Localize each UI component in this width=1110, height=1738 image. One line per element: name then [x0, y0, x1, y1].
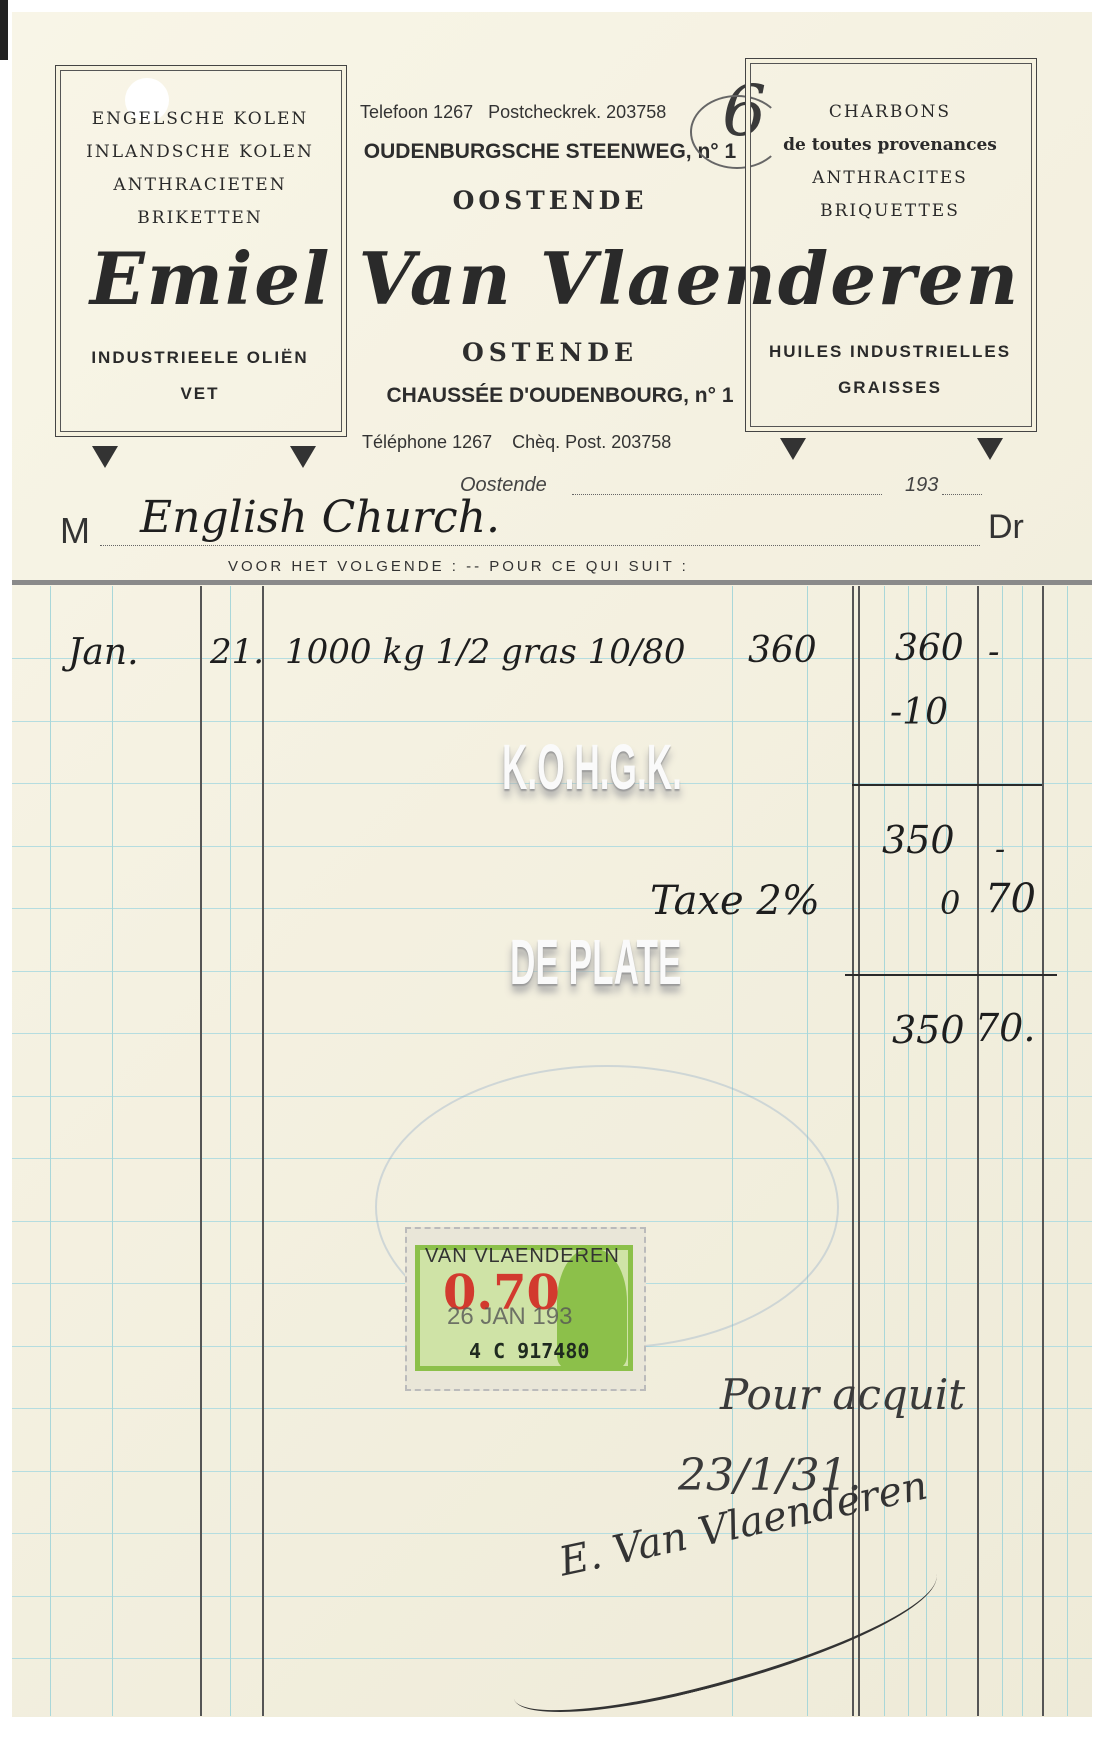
- phone-number: Téléphone 1267: [362, 432, 492, 452]
- product-line: BRIKETTEN: [60, 202, 340, 235]
- ledger-row-description: Taxe 2%: [650, 878, 820, 924]
- ledger-total-cents: 70.: [975, 1006, 1035, 1050]
- product-line: CHARBONS: [750, 96, 1030, 129]
- product-line: HUILES INDUSTRIELLES: [750, 334, 1030, 370]
- ledger-row-cents: 70: [985, 876, 1036, 922]
- triangle-ornament: [780, 438, 806, 460]
- watermark-line1: K.O.H.G.K.: [502, 730, 682, 804]
- debit-label: Dr: [988, 508, 1024, 547]
- total-rule: [845, 974, 1057, 976]
- watermark-line2: DE PLATE: [510, 925, 681, 999]
- product-line: INLANDSCHE KOLEN: [60, 136, 340, 169]
- receipt-text: Pour acquit: [720, 1370, 965, 1419]
- addressee-name: English Church.: [140, 492, 500, 543]
- right-box-products: CHARBONS de toutes provenances ANTHRACIT…: [750, 96, 1030, 228]
- triangle-ornament: [977, 438, 1003, 460]
- stamp-cancel-date: 26 JAN 193: [447, 1303, 572, 1331]
- phone-number: Telefoon 1267: [360, 102, 473, 122]
- left-box-products: ENGELSCHE KOLEN INLANDSCHE KOLEN ANTHRAC…: [60, 103, 340, 235]
- triangle-ornament: [92, 446, 118, 468]
- ledger-row-month: Jan.: [68, 632, 139, 673]
- scan-edge: [0, 0, 8, 60]
- ledger-total-francs: 350: [892, 1008, 965, 1052]
- city-fr: OSTENDE: [340, 338, 760, 367]
- city-nl: OOSTENDE: [340, 186, 760, 215]
- center-contact-bottom: Téléphone 1267 Chèq. Post. 203758: [362, 432, 762, 453]
- product-line: ENGELSCHE KOLEN: [60, 103, 340, 136]
- addressee-prefix: M: [60, 510, 90, 552]
- right-box-oils: HUILES INDUSTRIELLES GRAISSES: [750, 334, 1030, 406]
- ledger-row-francs: 350: [882, 818, 955, 862]
- ledger-row-cents: -: [988, 632, 1000, 672]
- postcheck-number: Chèq. Post. 203758: [512, 432, 671, 452]
- left-box-oils: INDUSTRIEELE OLIËN VET: [60, 340, 340, 412]
- ledger-row-unit-price: 360: [748, 630, 817, 671]
- product-line: INDUSTRIEELE OLIËN: [60, 340, 340, 376]
- ledger-row-cents: -: [995, 832, 1005, 867]
- product-line: ANTHRACIETEN: [60, 169, 340, 202]
- product-line: BRIQUETTES: [750, 195, 1030, 228]
- addressee-dotted-line: [100, 545, 980, 546]
- year-dotted-line: [942, 494, 982, 495]
- triangle-ornament: [290, 446, 316, 468]
- revenue-stamp: VAN VLAENDEREN 0.70 26 JAN 193 4 C 91748…: [405, 1227, 646, 1391]
- product-line: GRAISSES: [750, 370, 1030, 406]
- product-line: ANTHRACITES: [750, 162, 1030, 195]
- ledger-top-rule: [12, 580, 1092, 585]
- street-fr: CHAUSSÉE D'OUDENBOURG, n° 1: [350, 384, 770, 408]
- product-line: VET: [60, 376, 340, 412]
- ledger-row-day: 21.: [210, 632, 264, 672]
- ledger-row-francs: -10: [890, 692, 948, 733]
- subtotal-rule: [852, 784, 1042, 786]
- ledger-row-francs: 360: [895, 628, 964, 669]
- ledger-row-description: 1000 kg 1/2 gras 10/80: [285, 632, 686, 672]
- invoice-subtitle: VOOR HET VOLGENDE : -- POUR CE QUI SUIT …: [228, 558, 689, 575]
- center-contact-top: Telefoon 1267 Postcheckrek. 203758: [360, 102, 740, 123]
- ledger-row-francs: 0: [940, 884, 960, 922]
- product-line: de toutes provenances: [750, 129, 1030, 162]
- date-dotted-line: [572, 494, 882, 495]
- stamp-serial: 4 C 917480: [469, 1339, 589, 1363]
- postcheck-number: Postcheckrek. 203758: [488, 102, 666, 122]
- year-prefix: 193: [905, 474, 938, 497]
